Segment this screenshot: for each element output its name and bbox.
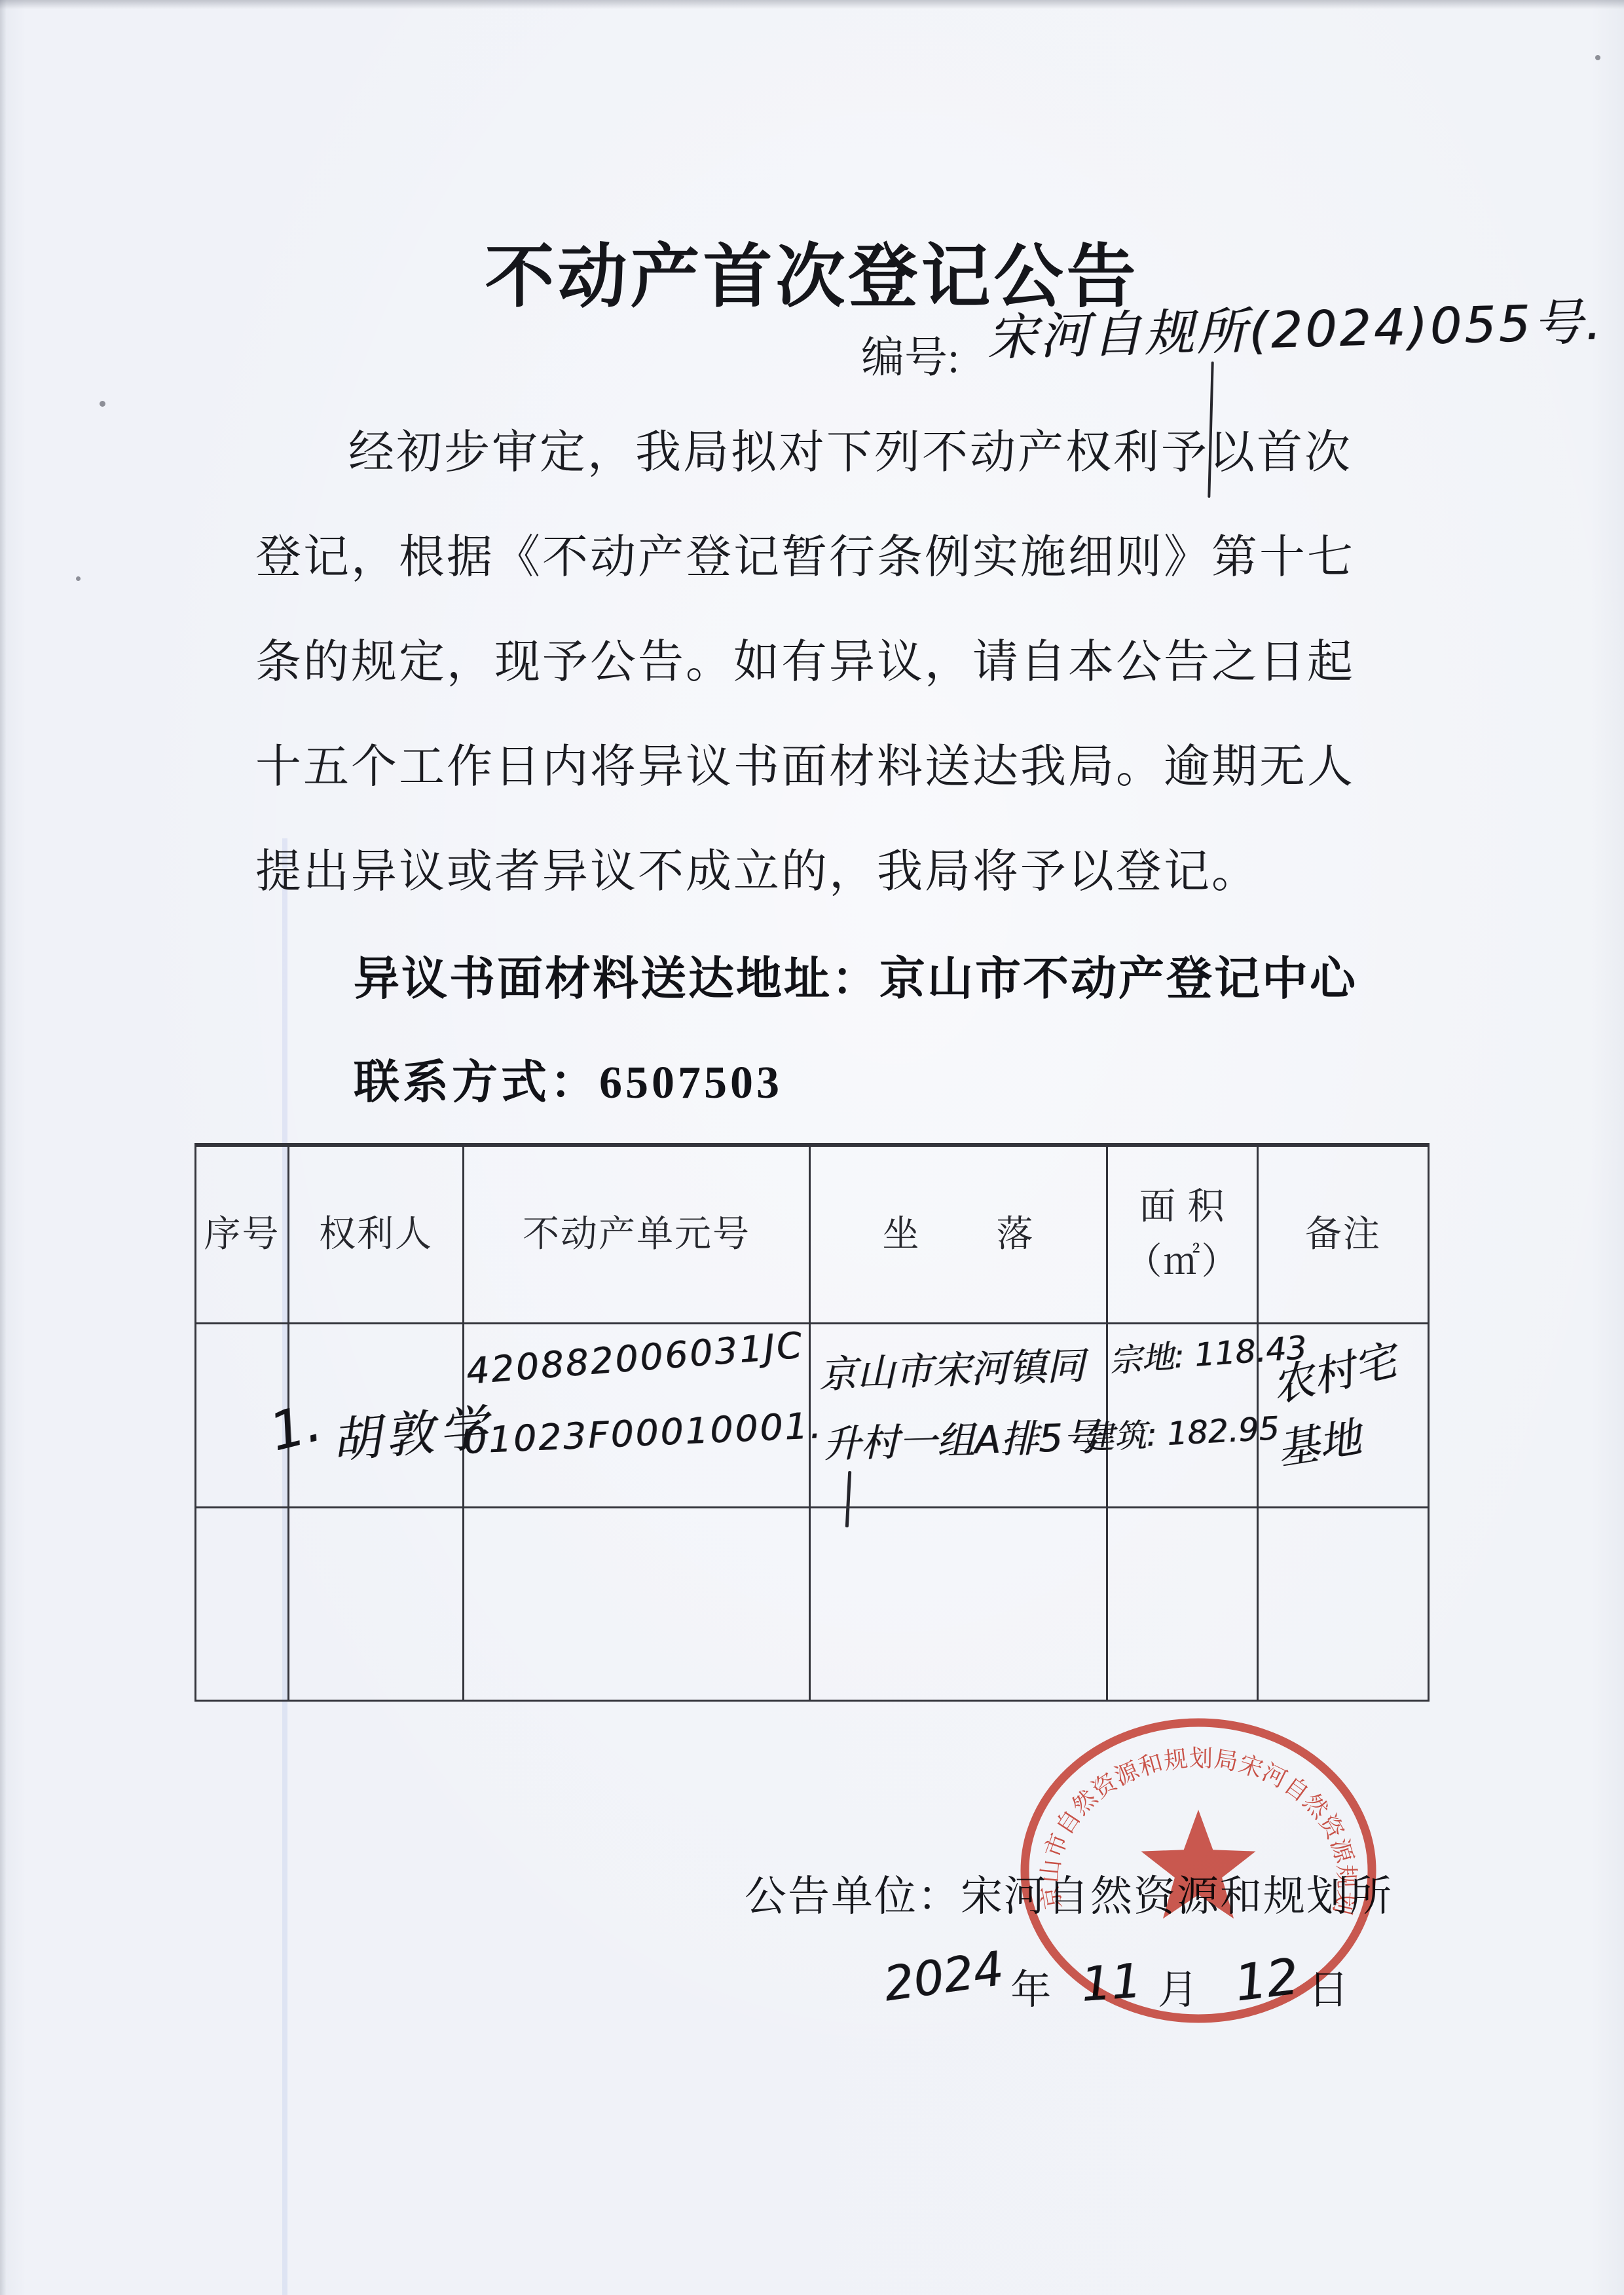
col-header-remark: 备注 <box>1259 1147 1428 1324</box>
paragraph-line: 提出异议或者异议不成立的，我局将予以登记。 <box>255 820 1388 925</box>
col-header-serial-label: 序号 <box>204 1207 280 1262</box>
paragraph-line: 经初步审定，我局拟对下列不动产权利予以首次 <box>255 401 1388 506</box>
official-seal: 京山市自然资源和规划局宋河自然资源规划所 <box>1012 1712 1384 2029</box>
objection-address-line: 异议书面材料送达地址：京山市不动产登记中心 <box>354 942 1357 1008</box>
col-header-unit-no-label: 不动产单元号 <box>523 1207 750 1262</box>
table-cell-empty <box>1259 1508 1428 1700</box>
col-header-location: 坐 落 <box>811 1147 1108 1324</box>
body-paragraph: 经初步审定，我局拟对下列不动产权利予以首次 登记，根据《不动产登记暂行条例实施细… <box>255 401 1388 925</box>
scan-shadow-top <box>0 0 1624 9</box>
col-header-unit-no: 不动产单元号 <box>464 1147 811 1324</box>
col-header-owner-label: 权利人 <box>319 1207 433 1262</box>
doc-number-value-handwritten: 宋河自规所(2024)055号. <box>986 282 1604 369</box>
ink-dot <box>76 576 81 581</box>
col-header-location-label: 坐 落 <box>883 1207 1035 1262</box>
scan-shadow-left <box>0 0 7 2295</box>
doc-number-label: 编号: <box>861 337 959 380</box>
col-header-serial: 序号 <box>196 1147 289 1324</box>
contact-line: 联系方式：6507503 <box>354 1045 783 1111</box>
table-cell-empty <box>289 1508 464 1700</box>
ink-dot <box>1595 55 1600 60</box>
handwritten-location-line2: 升村一组A排5号 <box>822 1406 1101 1468</box>
table-cell-empty <box>1108 1508 1259 1700</box>
handwritten-year: 2024 <box>880 1941 1006 2012</box>
table-cell-empty <box>464 1508 811 1700</box>
col-header-owner: 权利人 <box>289 1147 464 1324</box>
col-header-area-line2: （㎡） <box>1126 1235 1240 1290</box>
paragraph-line: 条的规定，现予公告。如有异议，请自本公告之日起 <box>255 610 1388 715</box>
handwritten-location-line1: 京山市宋河镇同 <box>818 1335 1086 1399</box>
col-header-remark-label: 备注 <box>1305 1207 1381 1262</box>
col-header-area-line1: 面 积 <box>1139 1180 1226 1235</box>
scanned-document-page: 不动产首次登记公告 编号:宋河自规所(2024)055号. 经初步审定，我局拟对… <box>0 0 1624 2295</box>
table-cell-empty <box>196 1508 289 1700</box>
paragraph-line: 登记，根据《不动产登记暂行条例实施细则》第十七 <box>255 506 1388 610</box>
table-cell-empty <box>811 1508 1108 1700</box>
paragraph-line: 十五个工作日内将异议书面材料送达我局。逾期无人 <box>255 715 1388 820</box>
ink-dot <box>100 401 105 407</box>
seal-star <box>1141 1810 1256 1918</box>
doc-number-line: 编号:宋河自规所(2024)055号. <box>861 298 1604 369</box>
col-header-area: 面 积 （㎡） <box>1108 1147 1259 1324</box>
